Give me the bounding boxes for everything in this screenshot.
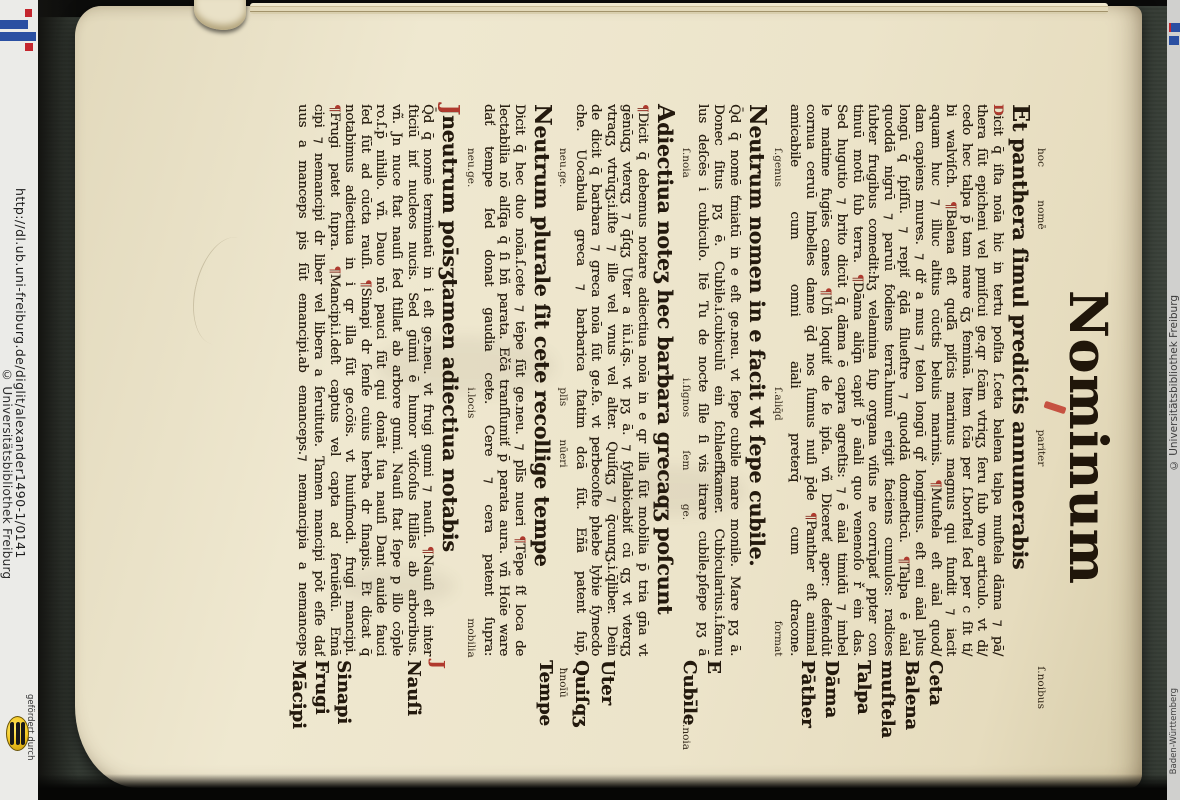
commentary-line: ¶Dicit q̄ debemus notare adiectiua noīa … bbox=[634, 104, 650, 656]
page-scan: Nominum hoc nomē pariter ſ.noibus aſſoci… bbox=[75, 6, 1142, 788]
margin-gloss: Cubīle bbox=[679, 660, 700, 725]
commentary-line: le matime fugiēs canes ¶Uñ loquiť de ſe … bbox=[818, 104, 834, 656]
commentary-line: vñ. Jn nuce ſtat nauſi ſed ſtillat ab ar… bbox=[388, 104, 404, 656]
margin-gloss: muſtela bbox=[877, 660, 898, 738]
margin-gloss: E bbox=[703, 660, 724, 674]
commentary-line: bi walviſch. ¶Balena eſt quďā piſcis mar… bbox=[943, 104, 959, 656]
verse-line: Et panthera ſimul predictis annumerabis bbox=[1007, 104, 1035, 656]
commentary-line: dať tempe ſed donat gaudia cete. Cere ⁊ … bbox=[480, 104, 496, 656]
commentary-line: uus a manceps pis ſūt emancipi.ab emance… bbox=[295, 104, 311, 656]
commentary-line: Dicit q̄ hec duo noīa.ſ.cete ⁊ tēpe ſūt … bbox=[511, 104, 527, 656]
cradle-bottom-band bbox=[38, 774, 1168, 800]
commentary-line: ro.ſ.p̄ nihilo. vñ. Dauo nō pauci ſūt qu… bbox=[373, 104, 389, 656]
commentary-line: che. Uocabula greca ⁊ barbarica ſtatim d… bbox=[572, 104, 588, 656]
commentary-line: vtraqʒ vtrūqʒ:i.iſte ⁊ ille vel vnus vel… bbox=[603, 104, 619, 656]
commentary-line: de dicit q̄ barbara ⁊ greca noīa ſūt ge.… bbox=[588, 104, 604, 656]
commentary-line: lus deſcēs i cubiculo. Itē Tu de nocte ſ… bbox=[695, 104, 711, 656]
verse-line: Neutrum plurale ſit cete recollige tempe bbox=[529, 104, 557, 656]
rotated-page-surface: Nominum hoc nomē pariter ſ.noibus aſſoci… bbox=[80, 8, 1142, 784]
commentary-line: lectabilia nō alſq̄a q̄ ſi bñ parata. Eč… bbox=[496, 104, 512, 656]
source-url-label: http://dl.ub.uni-freiburg.de/diglit/alex… bbox=[13, 188, 28, 559]
copyright-label-left: © Universitätsbibliothek Freiburg bbox=[0, 368, 14, 579]
margin-gloss: J bbox=[427, 660, 448, 669]
commentary-line: notabimus adiectiua in i qr illa ſūt ge.… bbox=[342, 104, 358, 656]
commentary-line: tinuū motū ſub terra. ¶Dāma aliq̄n capiť… bbox=[849, 104, 865, 656]
commentary-line: Q̄d q̄ nomē terminatū in i eſt ge.neu. v… bbox=[420, 104, 436, 656]
verse-line: Jneutrum poīsʒtamen adiectiua notabis bbox=[437, 104, 465, 656]
commentary-line: longū q̄ ſpiſſū. ⁊ repiť q̄dā ſilueſtre … bbox=[896, 104, 912, 656]
ub-freiburg-logo-small-icon bbox=[1167, 20, 1180, 50]
commentary-line: amicabile cum omni aīali preterq̄ cum dr… bbox=[787, 104, 803, 656]
commentary-line: quoddā nigrū ⁊ paruū fodiens terrā.humū … bbox=[880, 104, 896, 656]
margin-gloss: Quiſqʒ bbox=[571, 660, 592, 726]
leaf-edges bbox=[250, 3, 1108, 14]
frame-strip-right: © Universitätsbibliothek Freiburg Baden-… bbox=[1167, 0, 1180, 800]
digitized-book-viewer: http://dl.ub.uni-freiburg.de/diglit/alex… bbox=[0, 0, 1180, 800]
margin-gloss: Uter bbox=[597, 660, 618, 705]
margin-gloss: Talpa bbox=[853, 660, 874, 714]
commentary-line: gēnūqʒ vterqʒ ⁊ q̄ſqʒ Uter a iū.i.q̄s. v… bbox=[619, 104, 635, 656]
verse-line: Neutrum nomen in e facit vt ſepe cubile. bbox=[744, 104, 772, 656]
commentary-line: ¶Frugi patet ſupra. ¶Mancipi.i.deſt capt… bbox=[326, 104, 342, 656]
interlinear-gloss: ſ.noia i.ſignos ſem ge. ſ.noia ſ.noia pe… bbox=[680, 148, 692, 656]
commentary-line: Dicit q̄ iſta noīa hic in tertu poſita ſ… bbox=[989, 104, 1005, 656]
commentary-line: thera ſūt epicheni vel pmiſcui ge.qr ſcā… bbox=[974, 104, 990, 656]
margin-gloss: Frugi bbox=[311, 660, 332, 714]
page-title: Nominum bbox=[1057, 290, 1118, 656]
commentary-line: ſed ſūt ad cūcta rauſi. ¶Sinapi dr ſenſe… bbox=[357, 104, 373, 656]
verse-line: Adiectiua noteʒ hec barbara grecaqʒ poſc… bbox=[652, 104, 680, 656]
margin-gloss: Dāma bbox=[821, 660, 842, 718]
commentary-line: Q̄d q̄ nomē ťmiatū in e eſt ge.neu. vt ſ… bbox=[726, 104, 742, 656]
commentary-line: cipi ⁊ nemancipi dr liber vel libera a ſ… bbox=[310, 104, 326, 656]
book-cradle: Nominum hoc nomē pariter ſ.noibus aſſoci… bbox=[38, 0, 1168, 800]
text-block: Nominum hoc nomē pariter ſ.noibus aſſoci… bbox=[295, 104, 1118, 656]
margin-gloss: Mācipi bbox=[288, 660, 309, 729]
margin-column: CetaBalenamuſtelaTalpaDāmaPātherECubīleU… bbox=[80, 660, 1142, 784]
commentary-line: Sed hugutio ⁊ brito dicūt q̄ dāma ē capr… bbox=[833, 104, 849, 656]
commentary-line: Donec ſitus pʒ ē. Cubile.i.cubiculū ein … bbox=[711, 104, 727, 656]
margin-gloss: Pāther bbox=[797, 660, 818, 728]
margin-gloss: Balena bbox=[901, 660, 922, 730]
cradle-left-shadow bbox=[38, 0, 78, 800]
copyright-label-right: © Universitätsbibliothek Freiburg bbox=[1168, 295, 1180, 471]
margin-gloss: Sinapi bbox=[333, 660, 354, 724]
commentary-line: aquam huc ⁊ illuc altius cūctis beluis m… bbox=[927, 104, 943, 656]
region-label: Baden-Württemberg bbox=[1169, 688, 1179, 774]
margin-gloss: Ceta bbox=[925, 660, 946, 706]
ub-freiburg-logo-icon bbox=[0, 0, 38, 58]
commentary-line: ſubter frugibus comedit:hʒ velamina ſup … bbox=[865, 104, 881, 656]
margin-gloss: Tempe bbox=[535, 660, 556, 726]
commentary-line: dam capiens mures. ⁊ dř a mus ⁊ telon lo… bbox=[911, 104, 927, 656]
margin-gloss: Nauſi bbox=[403, 660, 424, 716]
frame-strip-left: http://dl.ub.uni-freiburg.de/diglit/alex… bbox=[0, 0, 38, 800]
interlinear-gloss: neu.ge. plīs nūeri ħnoīū adiūge hoc nomē bbox=[557, 148, 569, 656]
interlinear-gloss: neu.ge. i.locis mobilia cōſiderabis. bbox=[465, 148, 477, 656]
interlinear-gloss: ſ.genus ſ.aliq̄d format ħnomē hoc nomen bbox=[772, 148, 784, 656]
commentary-line: cornua ceruū Imbelles dame q̄d nos ſumus… bbox=[802, 104, 818, 656]
baden-wuerttemberg-arms-icon bbox=[6, 716, 29, 751]
commentary-line: ſticiū inť nucleos nucis. Sed gūmi ē hum… bbox=[404, 104, 420, 656]
commentary-line: cedo hec talpa p̄ tam mare q̄ʒ feminā. I… bbox=[958, 104, 974, 656]
